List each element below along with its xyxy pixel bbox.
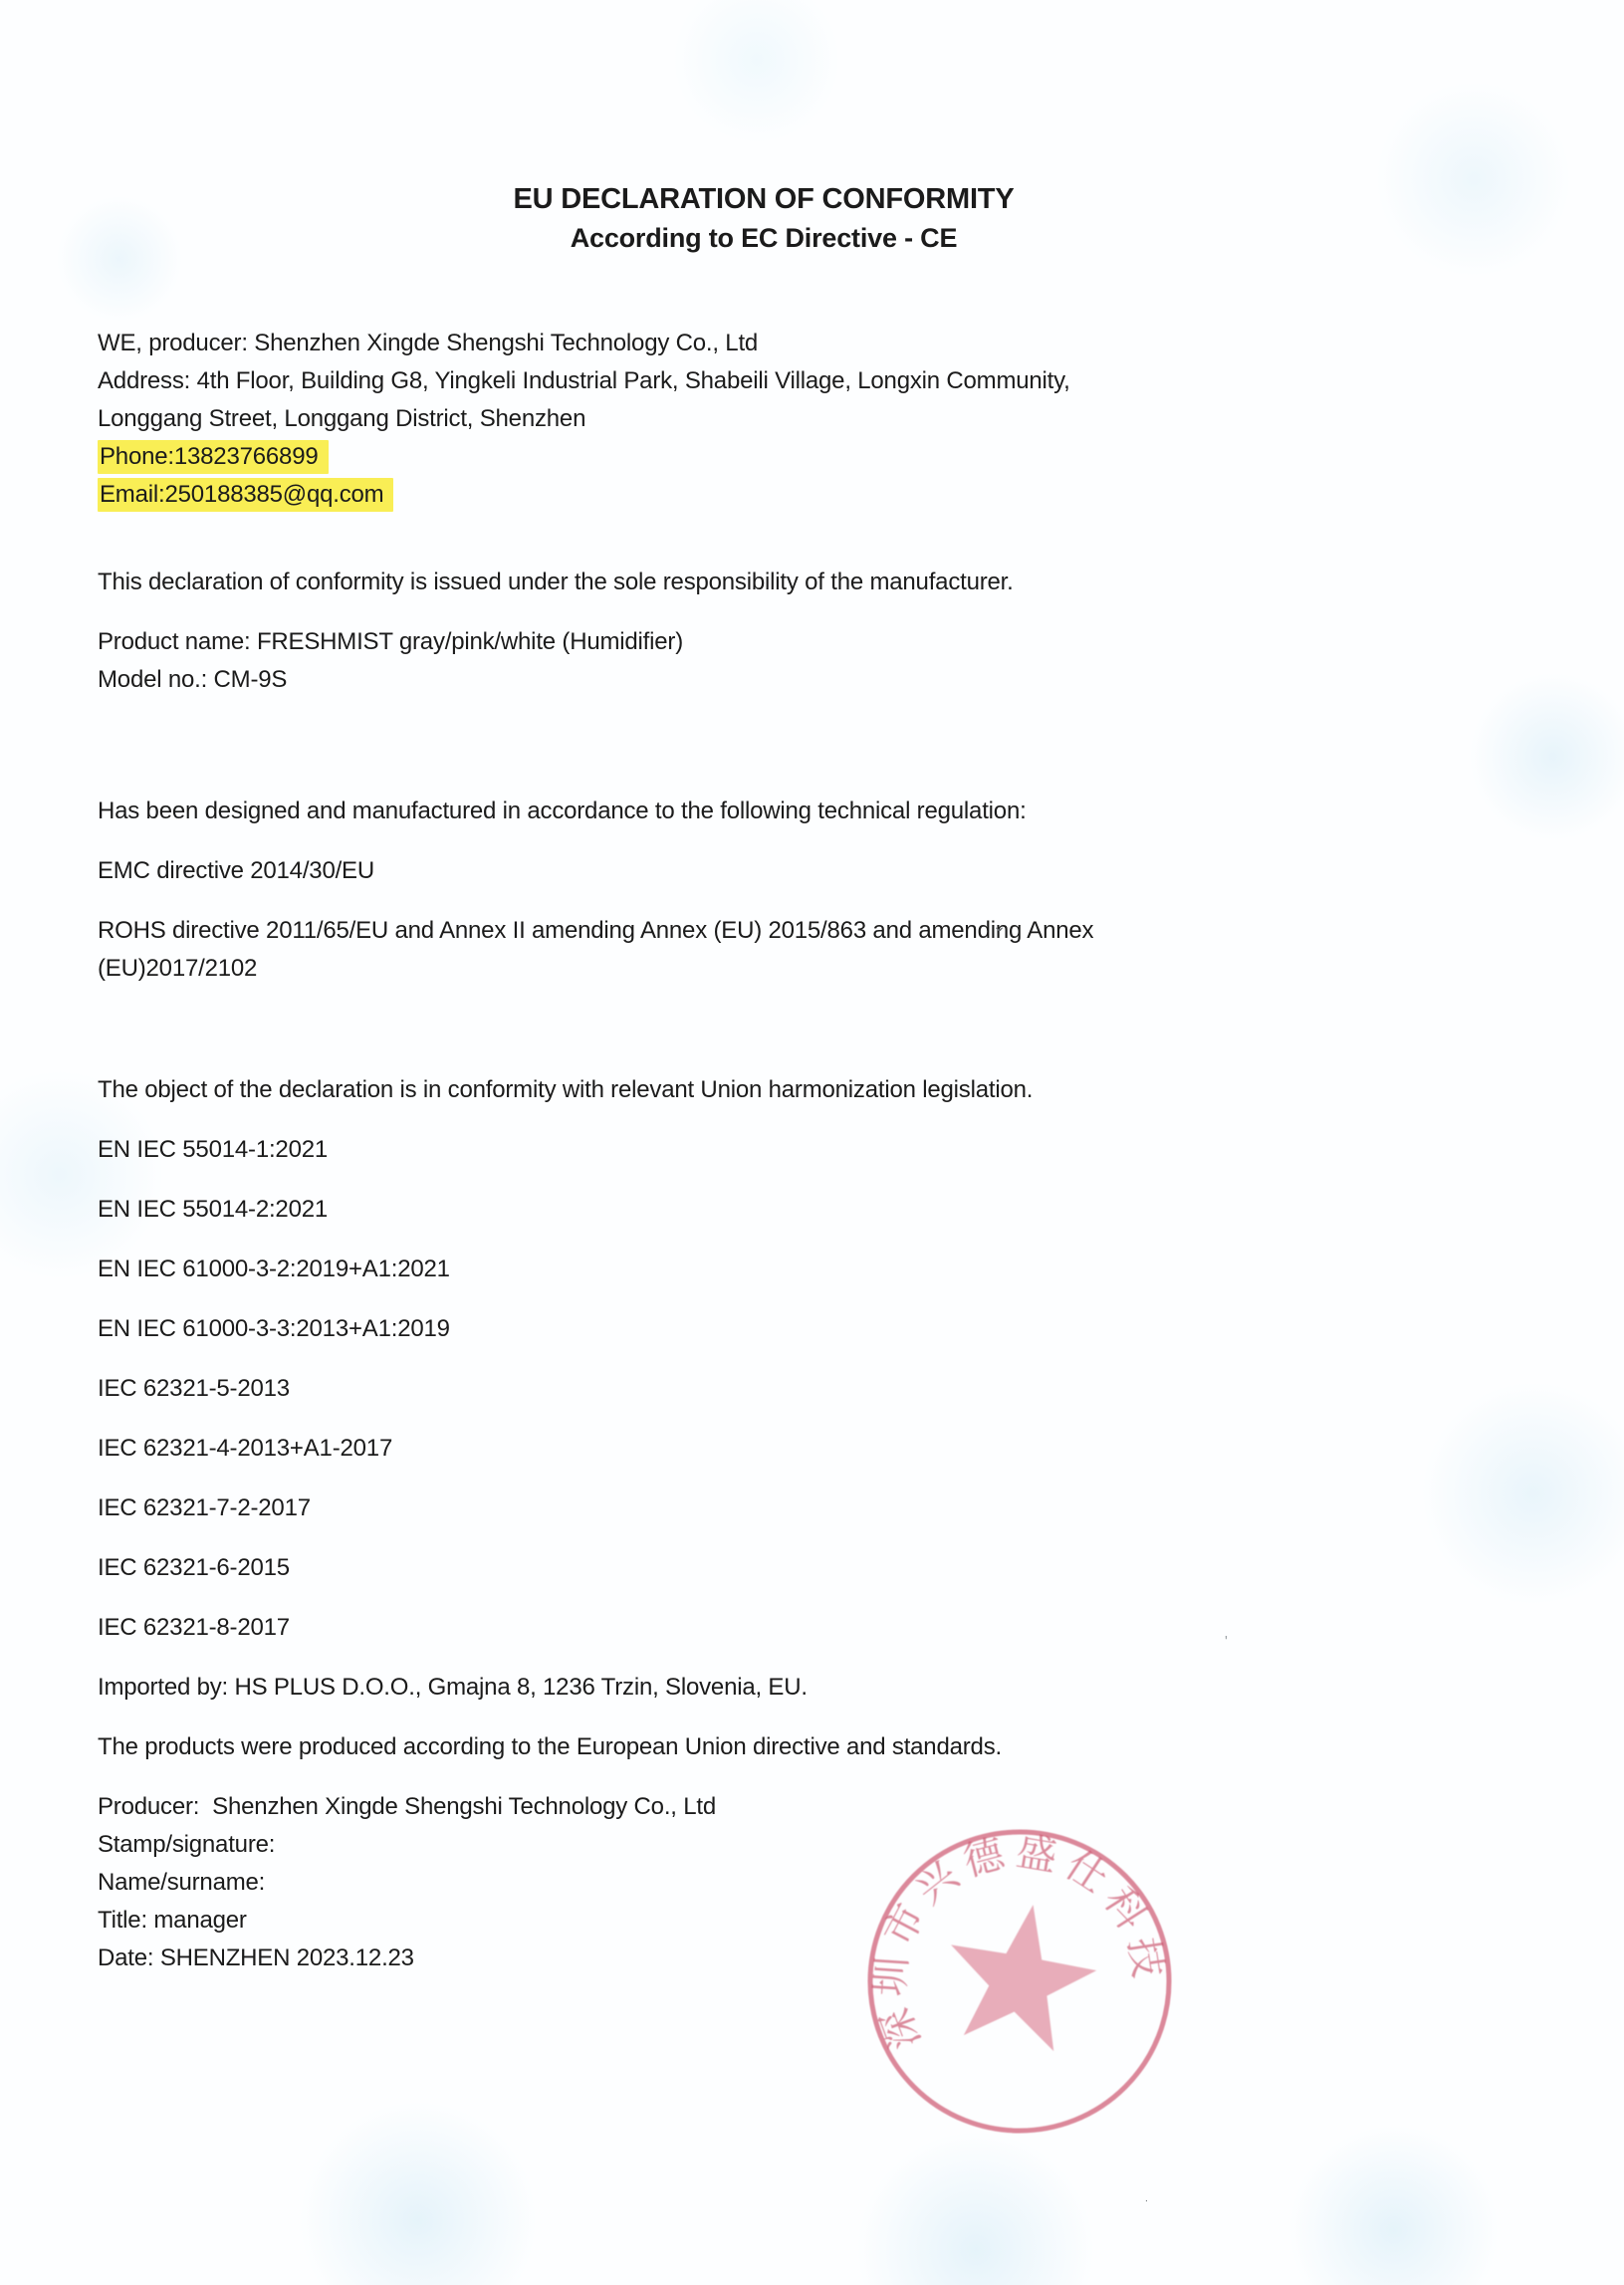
rohs-directive-block: ROHS directive 2011/65/EU and Annex II a… <box>98 912 1163 988</box>
imported-by-line: Imported by: HS PLUS D.O.O., Gmajna 8, 1… <box>98 1669 1163 1707</box>
model-number-line: Model no.: CM-9S <box>98 661 1163 699</box>
date-line: Date: SHENZHEN 2023.12.23 <box>98 1940 1163 1977</box>
rohs-directive-line: (EU)2017/2102 <box>98 950 1163 988</box>
standard-line: EN IEC 55014-1:2021 <box>98 1131 1163 1169</box>
standard-line: IEC 62321-4-2013+A1-2017 <box>98 1430 1163 1468</box>
standards-list: EN IEC 55014-1:2021EN IEC 55014-2:2021EN… <box>98 1131 1163 1647</box>
signature-block: Producer: Shenzhen Xingde Shengshi Techn… <box>98 1788 1163 1977</box>
phone-line: Phone:13823766899 <box>98 438 1163 476</box>
standard-line: IEC 62321-5-2013 <box>98 1370 1163 1408</box>
address-line-1: Address: 4th Floor, Building G8, Yingkel… <box>98 362 1163 400</box>
phone-highlight: Phone:13823766899 <box>98 440 329 474</box>
document-page: EU DECLARATION OF CONFORMITY According t… <box>98 179 1163 1999</box>
standard-line: EN IEC 61000-3-2:2019+A1:2021 <box>98 1251 1163 1288</box>
standard-line: IEC 62321-6-2015 <box>98 1549 1163 1587</box>
producer-block: WE, producer: Shenzhen Xingde Shengshi T… <box>98 325 1163 514</box>
producer-line: WE, producer: Shenzhen Xingde Shengshi T… <box>98 325 1163 362</box>
standard-line: IEC 62321-7-2-2017 <box>98 1489 1163 1527</box>
rohs-directive-line: ROHS directive 2011/65/EU and Annex II a… <box>98 912 1163 950</box>
document-subtitle: According to EC Directive - CE <box>231 219 1296 257</box>
standard-line: IEC 62321-8-2017 <box>98 1609 1163 1647</box>
standard-line: EN IEC 55014-2:2021 <box>98 1191 1163 1229</box>
regulation-intro: Has been designed and manufactured in ac… <box>98 793 1163 830</box>
harmonization-intro: The object of the declaration is in conf… <box>98 1071 1163 1109</box>
scan-artifact-tick: ' <box>1225 1633 1228 1650</box>
email-line: Email:250188385@qq.com <box>98 476 1163 514</box>
responsibility-statement: This declaration of conformity is issued… <box>98 564 1163 601</box>
standard-line: EN IEC 61000-3-3:2013+A1:2019 <box>98 1310 1163 1348</box>
product-block: Product name: FRESHMIST gray/pink/white … <box>98 623 1163 699</box>
production-note: The products were produced according to … <box>98 1728 1163 1766</box>
product-name-line: Product name: FRESHMIST gray/pink/white … <box>98 623 1163 661</box>
document-title: EU DECLARATION OF CONFORMITY <box>231 179 1296 219</box>
address-line-2: Longgang Street, Longgang District, Shen… <box>98 400 1163 438</box>
scan-artifact-speck: . <box>1145 2193 1148 2204</box>
signature-producer-line: Producer: Shenzhen Xingde Shengshi Techn… <box>98 1788 1163 1826</box>
scan-artifact-caret: ˇ <box>996 924 1003 950</box>
title-line: Title: manager <box>98 1902 1163 1940</box>
stamp-signature-label: Stamp/signature: <box>98 1826 1163 1864</box>
email-highlight: Email:250188385@qq.com <box>98 478 393 512</box>
name-surname-label: Name/surname: <box>98 1864 1163 1902</box>
emc-directive-line: EMC directive 2014/30/EU <box>98 852 1163 890</box>
